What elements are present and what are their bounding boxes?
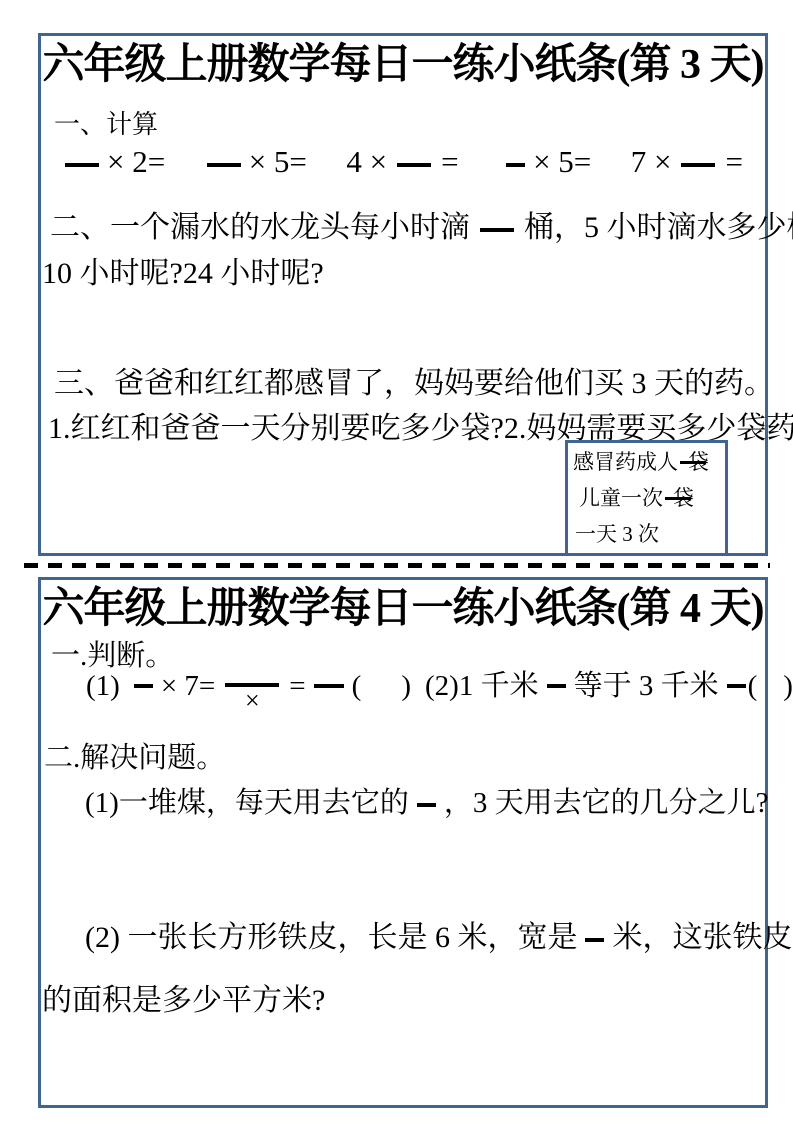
judge1-label: (1) (86, 666, 120, 706)
fraction-bar (681, 163, 715, 167)
fraction-bar (480, 228, 514, 232)
fraction-bar (65, 163, 99, 167)
fraction-bar (506, 163, 525, 167)
day4-solve2-line1: (2) 一张长方形铁皮，长是 6 米，宽是米，这张铁皮 (85, 912, 792, 956)
calc-problem-5-text: 7 × (631, 144, 672, 179)
solve1-text-post: ，3 天用去它的几分之儿? (444, 787, 769, 819)
medicine-line-child: 儿童一次袋 (573, 480, 725, 516)
day3-question3-line1: 三、爸爸和红红都感冒了，妈妈要给他们买 3 天的药。 (54, 358, 774, 402)
fraction-bar (134, 684, 153, 688)
calc-problem-5: 7 ×= (631, 144, 743, 180)
judge2-paren-open: ( (748, 666, 758, 706)
fraction-bar (680, 461, 706, 464)
judge1-equals: = (289, 666, 305, 706)
day3-calc-heading: 一、计算 (54, 104, 158, 141)
calc-problem-1: × 2= (63, 144, 165, 180)
fraction-bar (547, 684, 566, 688)
day3-title: 六年级上册数学每日一练小纸条(第 3 天) (41, 41, 765, 89)
calc-problem-1-text: × 2= (107, 144, 165, 179)
judge1-mul: × 7= (161, 666, 215, 706)
medicine-label-box: 感冒药成人袋 儿童一次袋 一天 3 次 (565, 440, 728, 556)
day4-solve1: (1)一堆煤，每天用去它的，3 天用去它的几分之儿? (85, 780, 768, 821)
calc-problem-3: 4 ×= (346, 144, 458, 180)
fraction-bar (207, 163, 241, 167)
judge1-paren-close: ) (401, 666, 411, 706)
calc-problem-2-text: × 5= (249, 144, 307, 179)
medicine-line-adult: 感冒药成人袋 (573, 444, 725, 480)
solve1-text-pre: (1)一堆煤，每天用去它的 (85, 787, 409, 819)
calc-problem-2: × 5= (205, 144, 307, 180)
cut-line-separator (24, 563, 770, 568)
fraction-bar (397, 163, 431, 167)
day3-question2-line2: 10 小时呢?24 小时呢? (42, 248, 324, 292)
fraction-denominator: × (245, 687, 260, 715)
day4-solve-heading: 二.解决问题。 (44, 735, 225, 776)
judge2-text-pre: (2)1 千米 (425, 666, 539, 706)
medicine-line-frequency: 一天 3 次 (573, 516, 725, 552)
fraction-bar (314, 684, 344, 688)
calc-problem-3-eq: = (441, 144, 458, 179)
judge2-text-mid: 等于 3 千米 (574, 666, 719, 706)
calc-problem-4-text: × 5= (533, 144, 591, 179)
day4-judge-row: (1)× 7=×=()(2)1 千米等于 3 千米() (86, 666, 762, 706)
solve2-text-pre: (2) 一张长方形铁皮，长是 6 米，宽是 (85, 921, 577, 954)
day4-title: 六年级上册数学每日一练小纸条(第 4 天) (41, 585, 765, 633)
judge2-paren-close: ) (783, 666, 793, 706)
blank-fraction: × (225, 683, 279, 715)
question2-text-post: 桶，5 小时滴水多少桶? (524, 211, 793, 244)
day4-solve2-line2: 的面积是多少平方米? (42, 975, 325, 1019)
day3-question2-line1: 二、一个漏水的水龙头每小时滴桶，5 小时滴水多少桶? (50, 202, 793, 246)
calc-problem-4: × 5= (498, 144, 591, 180)
medicine-child-text: 儿童一次 (579, 486, 663, 510)
solve2-text-post: 米，这张铁皮 (612, 921, 792, 954)
fraction-bar (665, 497, 691, 500)
medicine-adult-text: 感冒药成人 (573, 450, 678, 474)
worksheet-day3: 六年级上册数学每日一练小纸条(第 3 天) 一、计算 × 2= × 5= 4 ×… (38, 33, 768, 556)
fraction-bar (585, 938, 604, 942)
worksheet-day4: 六年级上册数学每日一练小纸条(第 4 天) 一.判断。 (1)× 7=×=()(… (38, 577, 768, 1108)
calc-problem-3-text: 4 × (346, 144, 387, 179)
fraction-bar (417, 803, 436, 807)
day3-calc-row: × 2= × 5= 4 ×= × 5= 7 ×= (63, 144, 743, 180)
judge1-paren-open: ( (352, 666, 362, 706)
fraction-bar (727, 684, 746, 688)
question2-text-pre: 二、一个漏水的水龙头每小时滴 (50, 211, 470, 244)
calc-problem-5-eq: = (725, 144, 742, 179)
